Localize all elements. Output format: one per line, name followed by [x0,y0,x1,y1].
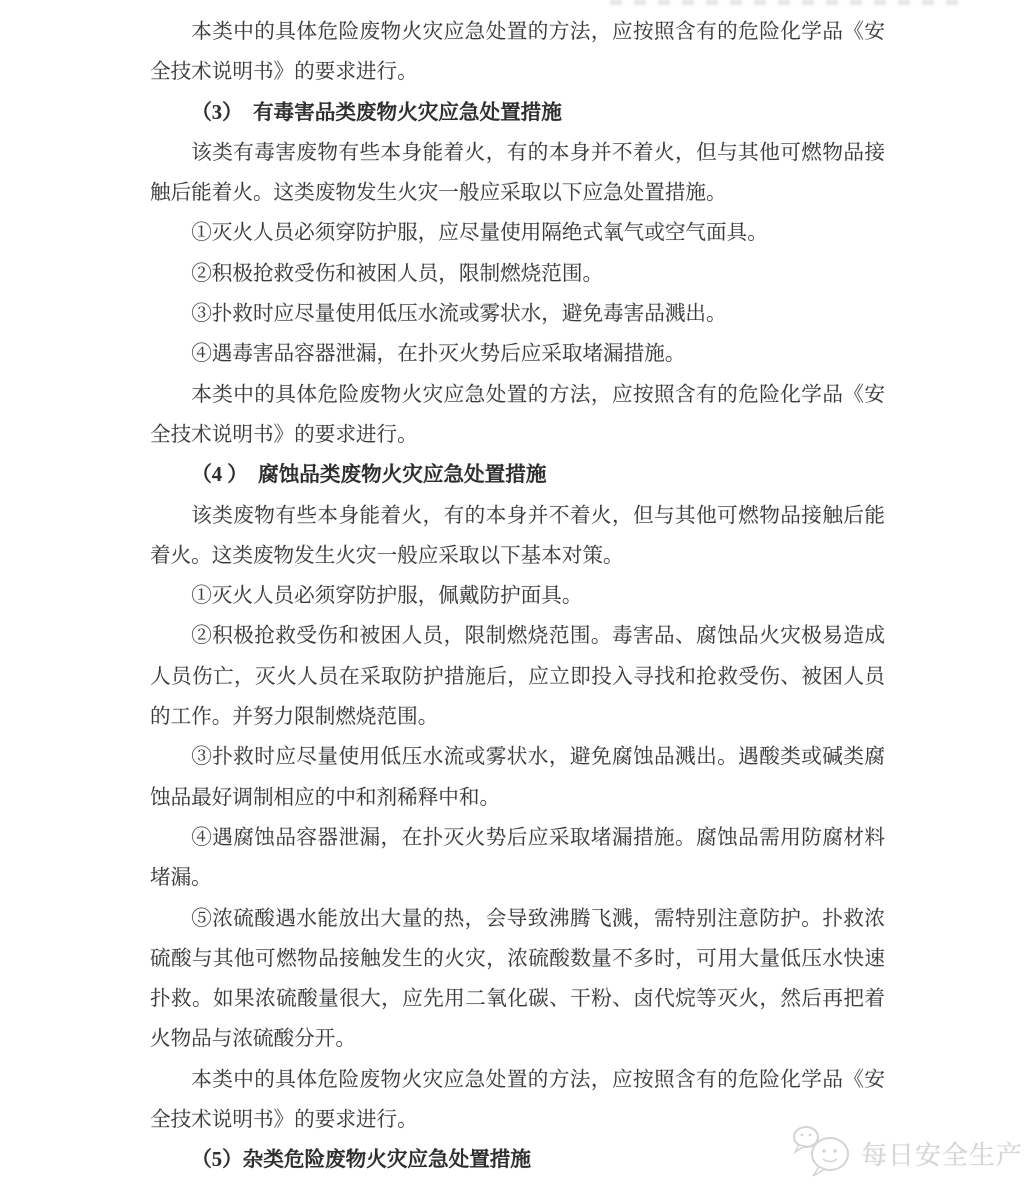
document-body: 本类中的具体危险废物火灾应急处置的方法，应按照含有的危险化学品《安全技术说明书》… [150,12,885,1181]
wechat-icon [792,1122,856,1185]
body-paragraph: 本类中的具体危险废物火灾应急处置的方法，应按照含有的危险化学品《安全技术说明书》… [150,1060,885,1141]
body-paragraph: ②积极抢救受伤和被困人员，限制燃烧范围。毒害品、腐蚀品火灾极易造成人员伤亡，灭火… [150,616,885,737]
body-paragraph: ①灭火人员必须穿防护服，佩戴防护面具。 [150,576,885,616]
body-paragraph: ⑤浓硫酸遇水能放出大量的热，会导致沸腾飞溅，需特别注意防护。扑救浓硫酸与其他可燃… [150,899,885,1060]
clipped-previous-line-artifact [610,0,960,5]
watermark-label: 每日安全生产 [861,1135,1023,1172]
body-paragraph: 本类中的具体危险废物火灾应急处置的方法，应按照含有的危险化学品《安全技术说明书》… [150,375,885,456]
body-paragraph: ④遇毒害品容器泄漏，在扑灭火势后应采取堵漏措施。 [150,334,885,374]
body-paragraph: ④遇腐蚀品容器泄漏，在扑灭火势后应采取堵漏措施。腐蚀品需用防腐材料堵漏。 [150,818,885,899]
section-heading: （3） 有毒害品类废物火灾应急处置措施 [150,93,885,133]
body-paragraph: ③扑救时应尽量使用低压水流或雾状水，避免腐蚀品溅出。遇酸类或碱类腐蚀品最好调制相… [150,737,885,818]
document-page: 本类中的具体危险废物火灾应急处置的方法，应按照含有的危险化学品《安全技术说明书》… [0,0,1028,1200]
body-paragraph: 该类有毒害废物有些本身能着火，有的本身并不着火，但与其他可燃物品接触后能着火。这… [150,133,885,214]
body-paragraph: 该类废物有些本身能着火，有的本身并不着火，但与其他可燃物品接触后能着火。这类废物… [150,496,885,577]
body-paragraph: ②积极抢救受伤和被困人员，限制燃烧范围。 [150,254,885,294]
watermark: 每日安全生产 [792,1122,1023,1185]
body-paragraph: 本类中的具体危险废物火灾应急处置的方法，应按照含有的危险化学品《安全技术说明书》… [150,12,885,93]
section-heading: （5）杂类危险废物火灾应急处置措施 [150,1140,885,1180]
section-heading: （4 ） 腐蚀品类废物火灾应急处置措施 [150,455,885,495]
body-paragraph: ①灭火人员必须穿防护服，应尽量使用隔绝式氧气或空气面具。 [150,213,885,253]
body-paragraph: ③扑救时应尽量使用低压水流或雾状水，避免毒害品溅出。 [150,294,885,334]
